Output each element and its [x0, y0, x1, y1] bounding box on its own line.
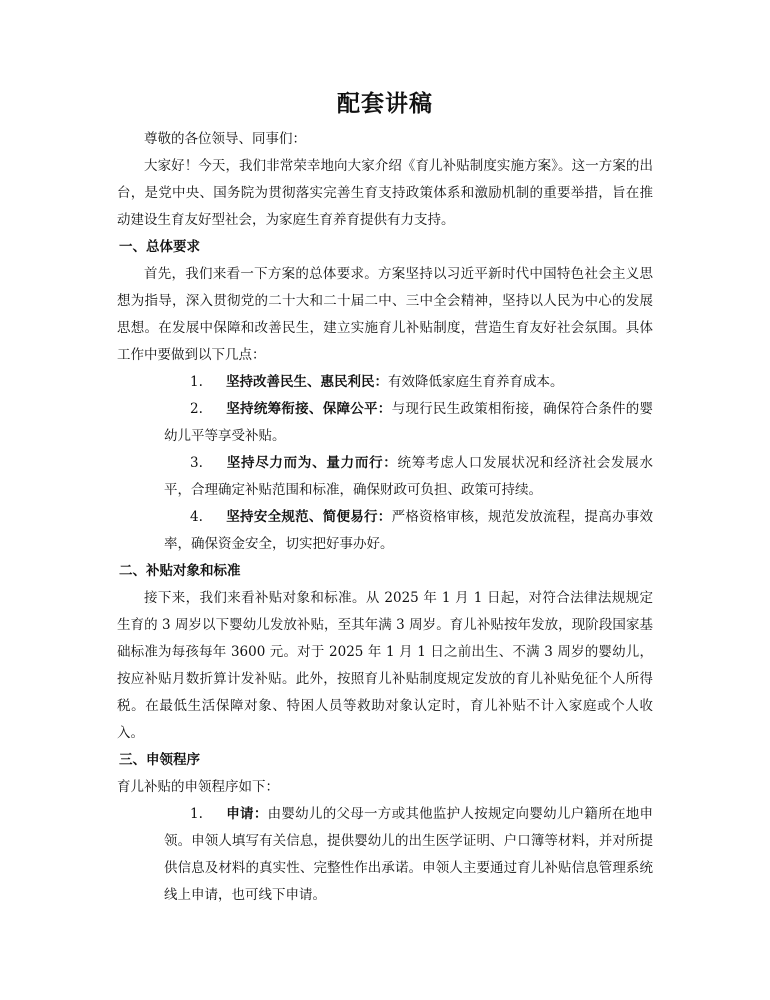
list-number: 1. [190, 801, 226, 828]
section-heading-3: 三、申领程序 [117, 747, 653, 774]
list-item: 2.坚持统筹衔接、保障公平：与现行民生政策相衔接，确保符合条件的婴幼儿平等享受补… [117, 396, 653, 450]
list-item-title: 申请： [226, 806, 268, 822]
list-item-title: 坚持改善民生、惠民利民： [226, 374, 388, 390]
document-page: 配套讲稿 尊敬的各位领导、同事们： 大家好！今天，我们非常荣幸地向大家介绍《育儿… [117, 88, 653, 909]
list-number: 1. [190, 369, 226, 396]
salutation: 尊敬的各位领导、同事们： [117, 126, 653, 153]
list-item-title: 坚持安全规范、简便易行： [226, 509, 392, 525]
section-1-paragraph: 首先，我们来看一下方案的总体要求。方案坚持以习近平新时代中国特色社会主义思想为指… [117, 261, 653, 369]
list-item-title: 坚持尽力而为、量力而行： [226, 455, 398, 471]
section-heading-1: 一、总体要求 [117, 234, 653, 261]
list-number: 2. [190, 396, 226, 423]
document-title: 配套讲稿 [117, 88, 653, 120]
intro-paragraph: 大家好！今天，我们非常荣幸地向大家介绍《育儿补贴制度实施方案》。这一方案的出台，… [117, 153, 653, 234]
list-item: 3.坚持尽力而为、量力而行：统筹考虑人口发展状况和经济社会发展水平，合理确定补贴… [117, 450, 653, 504]
list-item-text: 有效降低家庭生育养育成本。 [388, 374, 564, 390]
list-item-title: 坚持统筹衔接、保障公平： [226, 401, 392, 417]
list-number: 3. [190, 450, 226, 477]
list-item: 1.申请：由婴幼儿的父母一方或其他监护人按规定向婴幼儿户籍所在地申领。申领人填写… [117, 801, 653, 909]
section-heading-2: 二、补贴对象和标准 [117, 558, 653, 585]
list-item: 4.坚持安全规范、简便易行：严格资格审核，规范发放流程，提高办事效率，确保资金安… [117, 504, 653, 558]
list-number: 4. [190, 504, 226, 531]
section-3-paragraph: 育儿补贴的申领程序如下： [117, 774, 653, 801]
list-item: 1.坚持改善民生、惠民利民：有效降低家庭生育养育成本。 [117, 369, 653, 396]
section-2-paragraph: 接下来，我们来看补贴对象和标准。从 2025 年 1 月 1 日起，对符合法律法… [117, 585, 653, 747]
